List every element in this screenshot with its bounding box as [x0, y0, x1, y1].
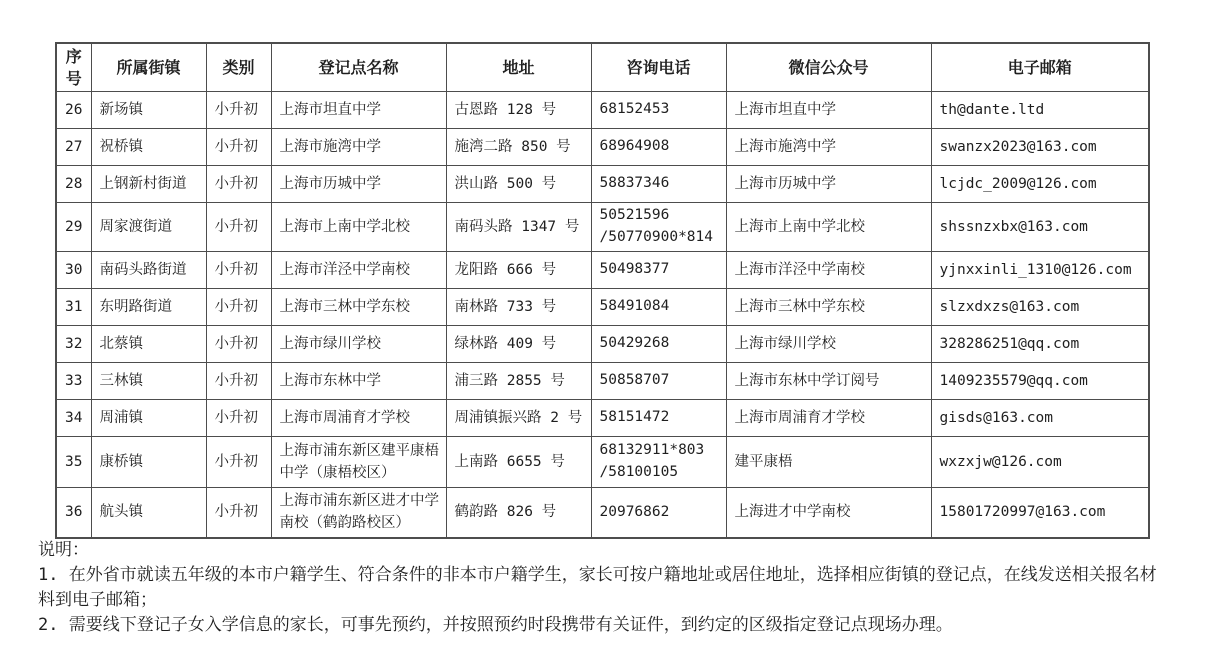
- cell-email: 328286251@qq.com: [931, 326, 1149, 363]
- cell-wechat: 上海市施湾中学: [726, 129, 931, 166]
- cell-phone: 50521596 /50770900*814: [591, 203, 726, 252]
- notes-section: 说明： 1. 在外省市就读五年级的本市户籍学生、符合条件的非本市户籍学生，家长可…: [38, 538, 1163, 638]
- cell-category: 小升初: [206, 400, 271, 437]
- cell-email: swanzx2023@163.com: [931, 129, 1149, 166]
- cell-town: 北蔡镇: [91, 326, 206, 363]
- cell-wechat: 建平康梧: [726, 437, 931, 488]
- cell-email: th@dante.ltd: [931, 92, 1149, 129]
- cell-town: 三林镇: [91, 363, 206, 400]
- cell-email: yjnxxinli_1310@126.com: [931, 252, 1149, 289]
- cell-category: 小升初: [206, 326, 271, 363]
- cell-no: 29: [56, 203, 91, 252]
- table-row: 28 上钢新村街道 小升初 上海市历城中学 洪山路 500 号 58837346…: [56, 166, 1149, 203]
- table-header-row: 序号 所属街镇 类别 登记点名称 地址 咨询电话 微信公众号 电子邮箱: [56, 43, 1149, 92]
- cell-name: 上海市施湾中学: [271, 129, 446, 166]
- cell-address: 南码头路 1347 号: [446, 203, 591, 252]
- cell-no: 30: [56, 252, 91, 289]
- table-row: 32 北蔡镇 小升初 上海市绿川学校 绿林路 409 号 50429268 上海…: [56, 326, 1149, 363]
- cell-no: 28: [56, 166, 91, 203]
- column-header-phone: 咨询电话: [591, 43, 726, 92]
- cell-category: 小升初: [206, 488, 271, 538]
- cell-town: 上钢新村街道: [91, 166, 206, 203]
- cell-category: 小升初: [206, 252, 271, 289]
- cell-address: 南林路 733 号: [446, 289, 591, 326]
- cell-wechat: 上海市坦直中学: [726, 92, 931, 129]
- cell-town: 祝桥镇: [91, 129, 206, 166]
- cell-email: lcjdc_2009@126.com: [931, 166, 1149, 203]
- cell-category: 小升初: [206, 289, 271, 326]
- cell-name: 上海市坦直中学: [271, 92, 446, 129]
- cell-category: 小升初: [206, 92, 271, 129]
- cell-name: 上海市三林中学东校: [271, 289, 446, 326]
- document-page: 序号 所属街镇 类别 登记点名称 地址 咨询电话 微信公众号 电子邮箱 26 新…: [0, 0, 1205, 663]
- cell-address: 绿林路 409 号: [446, 326, 591, 363]
- cell-name: 上海市东林中学: [271, 363, 446, 400]
- cell-email: slzxdxzs@163.com: [931, 289, 1149, 326]
- cell-town: 东明路街道: [91, 289, 206, 326]
- cell-name: 上海市周浦育才学校: [271, 400, 446, 437]
- table-row: 31 东明路街道 小升初 上海市三林中学东校 南林路 733 号 5849108…: [56, 289, 1149, 326]
- cell-no: 31: [56, 289, 91, 326]
- column-header-no: 序号: [56, 43, 91, 92]
- cell-address: 洪山路 500 号: [446, 166, 591, 203]
- cell-town: 航头镇: [91, 488, 206, 538]
- cell-email: 1409235579@qq.com: [931, 363, 1149, 400]
- cell-address: 龙阳路 666 号: [446, 252, 591, 289]
- table-row: 29 周家渡街道 小升初 上海市上南中学北校 南码头路 1347 号 50521…: [56, 203, 1149, 252]
- cell-town: 康桥镇: [91, 437, 206, 488]
- note-item-2: 2. 需要线下登记子女入学信息的家长，可事先预约，并按照预约时段携带有关证件，到…: [38, 613, 1163, 638]
- cell-address: 施湾二路 850 号: [446, 129, 591, 166]
- cell-phone: 68964908: [591, 129, 726, 166]
- cell-phone: 68132911*803 /58100105: [591, 437, 726, 488]
- table-row: 33 三林镇 小升初 上海市东林中学 浦三路 2855 号 50858707 上…: [56, 363, 1149, 400]
- cell-name: 上海市历城中学: [271, 166, 446, 203]
- column-header-town: 所属街镇: [91, 43, 206, 92]
- cell-wechat: 上海市东林中学订阅号: [726, 363, 931, 400]
- table-row: 27 祝桥镇 小升初 上海市施湾中学 施湾二路 850 号 68964908 上…: [56, 129, 1149, 166]
- column-header-wechat: 微信公众号: [726, 43, 931, 92]
- cell-wechat: 上海进才中学南校: [726, 488, 931, 538]
- table-row: 36 航头镇 小升初 上海市浦东新区进才中学南校（鹤韵路校区） 鹤韵路 826 …: [56, 488, 1149, 538]
- table-row: 30 南码头路街道 小升初 上海市洋泾中学南校 龙阳路 666 号 504983…: [56, 252, 1149, 289]
- cell-name: 上海市浦东新区进才中学南校（鹤韵路校区）: [271, 488, 446, 538]
- cell-no: 26: [56, 92, 91, 129]
- cell-category: 小升初: [206, 203, 271, 252]
- cell-address: 浦三路 2855 号: [446, 363, 591, 400]
- cell-no: 32: [56, 326, 91, 363]
- cell-wechat: 上海市周浦育才学校: [726, 400, 931, 437]
- cell-wechat: 上海市三林中学东校: [726, 289, 931, 326]
- cell-category: 小升初: [206, 363, 271, 400]
- table-row: 34 周浦镇 小升初 上海市周浦育才学校 周浦镇振兴路 2 号 58151472…: [56, 400, 1149, 437]
- cell-wechat: 上海市绿川学校: [726, 326, 931, 363]
- notes-heading: 说明：: [38, 538, 1163, 563]
- cell-phone: 50498377: [591, 252, 726, 289]
- cell-name: 上海市绿川学校: [271, 326, 446, 363]
- cell-phone: 58151472: [591, 400, 726, 437]
- cell-no: 34: [56, 400, 91, 437]
- cell-email: wxzxjw@126.com: [931, 437, 1149, 488]
- cell-phone: 58837346: [591, 166, 726, 203]
- cell-email: shssnzxbx@163.com: [931, 203, 1149, 252]
- cell-category: 小升初: [206, 166, 271, 203]
- cell-no: 35: [56, 437, 91, 488]
- column-header-email: 电子邮箱: [931, 43, 1149, 92]
- cell-town: 周家渡街道: [91, 203, 206, 252]
- cell-category: 小升初: [206, 437, 271, 488]
- cell-wechat: 上海市上南中学北校: [726, 203, 931, 252]
- cell-address: 鹤韵路 826 号: [446, 488, 591, 538]
- cell-town: 南码头路街道: [91, 252, 206, 289]
- cell-address: 周浦镇振兴路 2 号: [446, 400, 591, 437]
- cell-wechat: 上海市洋泾中学南校: [726, 252, 931, 289]
- column-header-name: 登记点名称: [271, 43, 446, 92]
- cell-phone: 68152453: [591, 92, 726, 129]
- column-header-category: 类别: [206, 43, 271, 92]
- cell-phone: 50858707: [591, 363, 726, 400]
- cell-town: 新场镇: [91, 92, 206, 129]
- cell-address: 上南路 6655 号: [446, 437, 591, 488]
- cell-phone: 58491084: [591, 289, 726, 326]
- note-item-1: 1. 在外省市就读五年级的本市户籍学生、符合条件的非本市户籍学生，家长可按户籍地…: [38, 563, 1163, 613]
- cell-no: 36: [56, 488, 91, 538]
- cell-category: 小升初: [206, 129, 271, 166]
- column-header-address: 地址: [446, 43, 591, 92]
- cell-name: 上海市浦东新区建平康梧中学（康梧校区）: [271, 437, 446, 488]
- cell-phone: 20976862: [591, 488, 726, 538]
- table-row: 26 新场镇 小升初 上海市坦直中学 古恩路 128 号 68152453 上海…: [56, 92, 1149, 129]
- cell-address: 古恩路 128 号: [446, 92, 591, 129]
- cell-no: 33: [56, 363, 91, 400]
- cell-name: 上海市上南中学北校: [271, 203, 446, 252]
- cell-no: 27: [56, 129, 91, 166]
- table-row: 35 康桥镇 小升初 上海市浦东新区建平康梧中学（康梧校区） 上南路 6655 …: [56, 437, 1149, 488]
- cell-email: gisds@163.com: [931, 400, 1149, 437]
- registration-table: 序号 所属街镇 类别 登记点名称 地址 咨询电话 微信公众号 电子邮箱 26 新…: [55, 42, 1150, 539]
- cell-wechat: 上海市历城中学: [726, 166, 931, 203]
- cell-town: 周浦镇: [91, 400, 206, 437]
- cell-name: 上海市洋泾中学南校: [271, 252, 446, 289]
- cell-email: 15801720997@163.com: [931, 488, 1149, 538]
- cell-phone: 50429268: [591, 326, 726, 363]
